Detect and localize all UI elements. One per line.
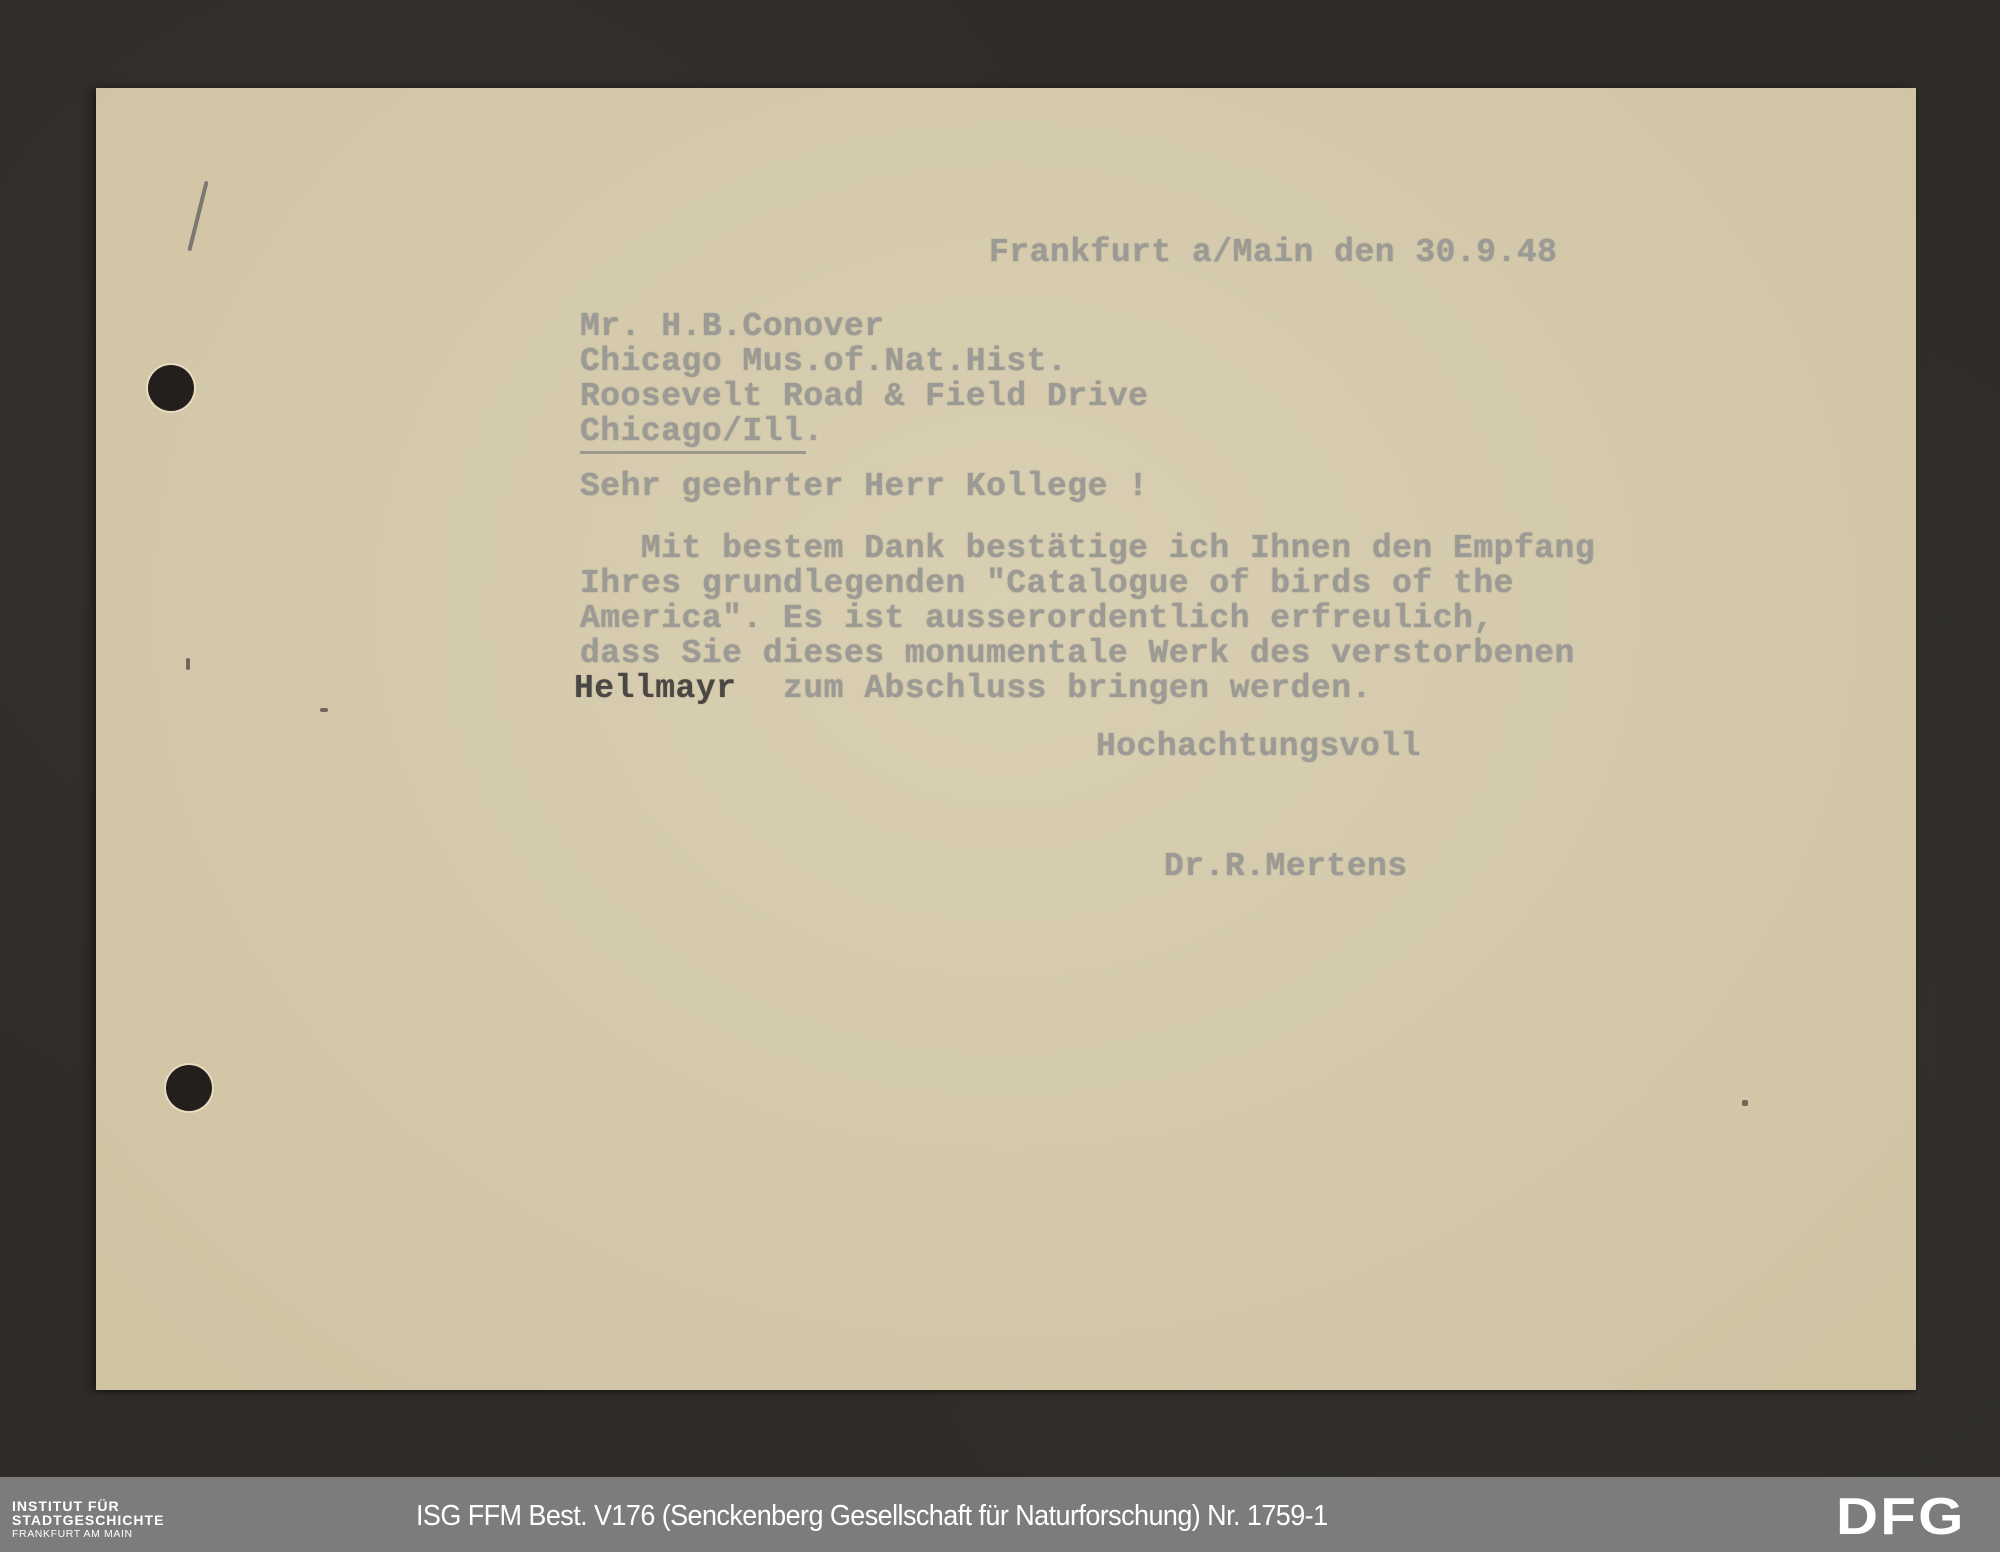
body-line-3: America". Es ist ausserordentlich erfreu… <box>580 600 1494 638</box>
institute-line-3: FRANKFURT AM MAIN <box>12 1528 164 1541</box>
recipient-institution: Chicago Mus.of.Nat.Hist. <box>580 343 1067 381</box>
inserted-name-hellmayr: Hellmayr <box>574 670 736 708</box>
salutation: Sehr geehrter Herr Kollege ! <box>580 468 1149 506</box>
letter-sheet: Frankfurt a/Main den 30.9.48 Mr. H.B.Con… <box>96 88 1916 1390</box>
institute-logo: INSTITUT FÜR STADTGESCHICHTE FRANKFURT A… <box>12 1499 164 1541</box>
body-line-4: dass Sie dieses monumentale Werk des ver… <box>580 635 1575 673</box>
pencil-margin-mark <box>187 181 208 252</box>
signature: Dr.R.Mertens <box>1164 848 1408 886</box>
paper-speck <box>1742 1100 1748 1106</box>
paper-speck <box>186 658 190 670</box>
closing: Hochachtungsvoll <box>1096 728 1421 766</box>
archive-footer-bar: INSTITUT FÜR STADTGESCHICHTE FRANKFURT A… <box>0 1477 2000 1552</box>
recipient-city: Chicago/Ill. <box>580 413 824 451</box>
archive-caption: ISG FFM Best. V176 (Senckenberg Gesellsc… <box>416 1499 1328 1533</box>
city-underline <box>580 451 806 454</box>
paper-speck <box>320 708 328 712</box>
body-line-2: Ihres grundlegenden "Catalogue of birds … <box>580 565 1514 603</box>
institute-line-1: INSTITUT FÜR <box>12 1499 164 1513</box>
date-line: Frankfurt a/Main den 30.9.48 <box>989 234 1558 272</box>
recipient-name: Mr. H.B.Conover <box>580 308 885 346</box>
recipient-street: Roosevelt Road & Field Drive <box>580 378 1149 416</box>
body-line-1: Mit bestem Dank bestätige ich Ihnen den … <box>580 530 1595 568</box>
punch-hole-bottom <box>166 1065 212 1111</box>
punch-hole-top <box>148 365 194 411</box>
institute-line-2: STADTGESCHICHTE <box>12 1513 164 1527</box>
dfg-logo: DFG <box>1836 1491 1966 1543</box>
